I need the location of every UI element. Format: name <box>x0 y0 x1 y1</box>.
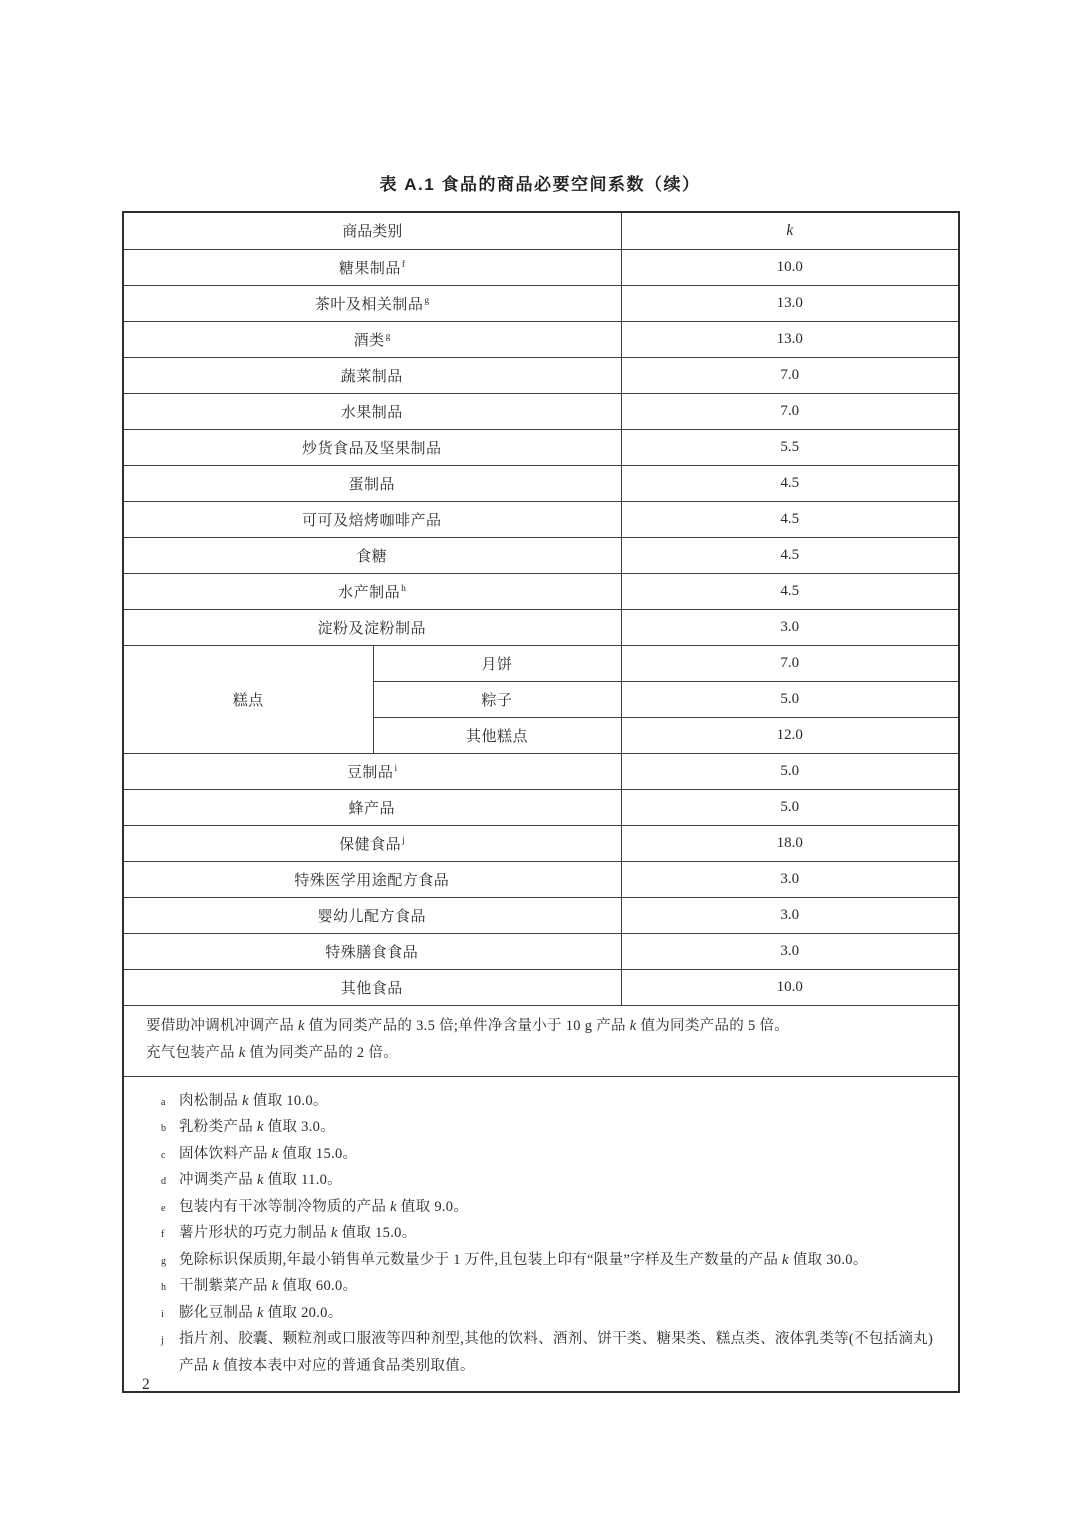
category-label: 茶叶及相关制品 <box>315 297 424 313</box>
k-value-cell: 3.0 <box>621 897 959 933</box>
footnote-marker: j <box>161 1328 171 1355</box>
k-value-cell: 13.0 <box>621 285 959 321</box>
category-cell: 食糖 <box>123 537 621 573</box>
category-cell: 炒货食品及坚果制品 <box>123 429 621 465</box>
footnote-ref: h <box>401 584 406 594</box>
footnote-b: b乳粉类产品 k 值取 3.0。 <box>161 1114 940 1141</box>
subcategory-cell: 其他糕点 <box>373 717 621 753</box>
k-value-cell: 7.0 <box>621 393 959 429</box>
footnote-text: 肉松制品 k 值取 10.0。 <box>179 1088 940 1115</box>
footnote-text: 免除标识保质期,年最小销售单元数量少于 1 万件,且包装上印有“限量”字样及生产… <box>179 1247 940 1274</box>
k-variable: k <box>213 1358 220 1374</box>
k-variable: k <box>390 1199 397 1215</box>
category-label: 婴幼儿配方食品 <box>318 909 427 925</box>
k-value-cell: 4.5 <box>621 501 959 537</box>
footnote-marker: c <box>161 1143 171 1170</box>
k-variable: k <box>239 1045 246 1061</box>
table-row: 食糖 4.5 <box>123 537 959 573</box>
category-label: 炒货食品及坚果制品 <box>302 441 442 457</box>
footnote-text: 膨化豆制品 k 值取 20.0。 <box>179 1300 940 1327</box>
k-value-cell: 13.0 <box>621 321 959 357</box>
category-cell: 蜂产品 <box>123 789 621 825</box>
category-label: 酒类 <box>354 333 385 349</box>
category-label: 水果制品 <box>341 405 403 421</box>
subcategory-cell: 月饼 <box>373 645 621 681</box>
k-value-cell: 4.5 <box>621 465 959 501</box>
column-header-category: 商品类别 <box>123 212 621 249</box>
document-page: 表 A.1 食品的商品必要空间系数（续） 商品类别 k 糖果制品f 10.0 茶… <box>0 0 1080 1527</box>
category-cell: 糖果制品f <box>123 249 621 285</box>
category-label: 其他食品 <box>341 981 403 997</box>
category-cell: 可可及焙烤咖啡产品 <box>123 501 621 537</box>
footnote-c: c固体饮料产品 k 值取 15.0。 <box>161 1141 940 1168</box>
category-cell: 保健食品j <box>123 825 621 861</box>
footnote-ref: f <box>402 260 406 270</box>
category-cell: 水果制品 <box>123 393 621 429</box>
group-category-cell: 糕点 <box>123 645 373 753</box>
k-value-cell: 4.5 <box>621 537 959 573</box>
k-value-cell: 12.0 <box>621 717 959 753</box>
table-row: 蔬菜制品 7.0 <box>123 357 959 393</box>
table-row: 蛋制品 4.5 <box>123 465 959 501</box>
category-label: 蛋制品 <box>349 477 396 493</box>
k-variable: k <box>298 1018 305 1034</box>
table-row: 可可及焙烤咖啡产品 4.5 <box>123 501 959 537</box>
table-footnotes-cell: a肉松制品 k 值取 10.0。 b乳粉类产品 k 值取 3.0。 c固体饮料产… <box>123 1076 959 1392</box>
footnote-marker: e <box>161 1196 171 1223</box>
k-value-cell: 7.0 <box>621 357 959 393</box>
footnote-marker: h <box>161 1275 171 1302</box>
category-label: 特殊膳食食品 <box>325 945 418 961</box>
k-variable: k <box>272 1146 279 1162</box>
footnote-marker: a <box>161 1090 171 1117</box>
table-row: 婴幼儿配方食品 3.0 <box>123 897 959 933</box>
footnote-ref: g <box>424 296 429 306</box>
table-header-row: 商品类别 k <box>123 212 959 249</box>
k-value-cell: 3.0 <box>621 933 959 969</box>
footnote-text: 干制紫菜产品 k 值取 60.0。 <box>179 1273 940 1300</box>
table-row: 保健食品j 18.0 <box>123 825 959 861</box>
note-line: 要借助冲调机冲调产品 k 值为同类产品的 3.5 倍;单件净含量小于 10 g … <box>146 1013 938 1040</box>
category-cell: 蛋制品 <box>123 465 621 501</box>
footnote-marker: b <box>161 1116 171 1143</box>
footnote-ref: g <box>386 332 391 342</box>
footnote-ref: j <box>402 836 405 846</box>
category-cell: 其他食品 <box>123 969 621 1005</box>
k-value-cell: 3.0 <box>621 609 959 645</box>
table-row: 其他食品 10.0 <box>123 969 959 1005</box>
table-note-cell: 要借助冲调机冲调产品 k 值为同类产品的 3.5 倍;单件净含量小于 10 g … <box>123 1005 959 1076</box>
category-label: 蔬菜制品 <box>341 369 403 385</box>
table-row: 水产制品h 4.5 <box>123 573 959 609</box>
table-row: 豆制品i 5.0 <box>123 753 959 789</box>
category-label: 蜂产品 <box>349 801 396 817</box>
table-note-row: 要借助冲调机冲调产品 k 值为同类产品的 3.5 倍;单件净含量小于 10 g … <box>123 1005 959 1076</box>
category-cell: 蔬菜制品 <box>123 357 621 393</box>
k-variable: k <box>257 1119 264 1135</box>
category-label: 食糖 <box>356 549 387 565</box>
space-coefficient-table: 商品类别 k 糖果制品f 10.0 茶叶及相关制品g 13.0 酒类g 13.0… <box>122 211 960 1393</box>
k-variable: k <box>242 1093 249 1109</box>
k-value-cell: 4.5 <box>621 573 959 609</box>
footnote-e: e包装内有干冰等制冷物质的产品 k 值取 9.0。 <box>161 1194 940 1221</box>
k-value-cell: 3.0 <box>621 861 959 897</box>
page-number: 2 <box>142 1376 150 1394</box>
k-variable: k <box>257 1305 264 1321</box>
subcategory-cell: 粽子 <box>373 681 621 717</box>
k-value-cell: 10.0 <box>621 969 959 1005</box>
k-value-cell: 5.0 <box>621 789 959 825</box>
footnote-d: d冲调类产品 k 值取 11.0。 <box>161 1167 940 1194</box>
k-value-cell: 7.0 <box>621 645 959 681</box>
footnote-j: j指片剂、胶囊、颗粒剂或口服液等四种剂型,其他的饮料、酒剂、饼干类、糖果类、糕点… <box>161 1326 940 1379</box>
footnote-i: i膨化豆制品 k 值取 20.0。 <box>161 1300 940 1327</box>
category-label: 豆制品 <box>347 765 394 781</box>
table-row: 水果制品 7.0 <box>123 393 959 429</box>
category-cell: 淀粉及淀粉制品 <box>123 609 621 645</box>
category-label: 淀粉及淀粉制品 <box>318 621 427 637</box>
footnote-f: f薯片形状的巧克力制品 k 值取 15.0。 <box>161 1220 940 1247</box>
table-row-group-pastry: 糕点 月饼 7.0 <box>123 645 959 681</box>
category-cell: 水产制品h <box>123 573 621 609</box>
table-row: 茶叶及相关制品g 13.0 <box>123 285 959 321</box>
footnote-text: 指片剂、胶囊、颗粒剂或口服液等四种剂型,其他的饮料、酒剂、饼干类、糖果类、糕点类… <box>179 1326 940 1379</box>
category-cell: 特殊膳食食品 <box>123 933 621 969</box>
footnote-marker: f <box>161 1222 171 1249</box>
footnote-text: 薯片形状的巧克力制品 k 值取 15.0。 <box>179 1220 940 1247</box>
category-label: 保健食品 <box>339 837 401 853</box>
footnote-marker: g <box>161 1249 171 1276</box>
table-row: 蜂产品 5.0 <box>123 789 959 825</box>
k-variable: k <box>257 1172 264 1188</box>
k-value-cell: 5.0 <box>621 681 959 717</box>
category-cell: 特殊医学用途配方食品 <box>123 861 621 897</box>
k-value-cell: 5.0 <box>621 753 959 789</box>
category-cell: 豆制品i <box>123 753 621 789</box>
footnote-marker: i <box>161 1302 171 1329</box>
column-header-k: k <box>621 212 959 249</box>
k-variable: k <box>272 1278 279 1294</box>
table-row: 淀粉及淀粉制品 3.0 <box>123 609 959 645</box>
table-row: 酒类g 13.0 <box>123 321 959 357</box>
table-row: 炒货食品及坚果制品 5.5 <box>123 429 959 465</box>
table-row: 糖果制品f 10.0 <box>123 249 959 285</box>
footnote-text: 乳粉类产品 k 值取 3.0。 <box>179 1114 940 1141</box>
footnote-marker: d <box>161 1169 171 1196</box>
k-variable: k <box>331 1225 338 1241</box>
category-cell: 茶叶及相关制品g <box>123 285 621 321</box>
k-variable: k <box>782 1252 789 1268</box>
k-value-cell: 10.0 <box>621 249 959 285</box>
table-row: 特殊膳食食品 3.0 <box>123 933 959 969</box>
table-title: 表 A.1 食品的商品必要空间系数（续） <box>0 170 1080 195</box>
footnote-a: a肉松制品 k 值取 10.0。 <box>161 1088 940 1115</box>
category-cell: 酒类g <box>123 321 621 357</box>
footnote-text: 冲调类产品 k 值取 11.0。 <box>179 1167 940 1194</box>
footnote-ref: i <box>394 764 397 774</box>
footnote-text: 固体饮料产品 k 值取 15.0。 <box>179 1141 940 1168</box>
category-label: 特殊医学用途配方食品 <box>294 873 449 889</box>
category-cell: 婴幼儿配方食品 <box>123 897 621 933</box>
footnote-text: 包装内有干冰等制冷物质的产品 k 值取 9.0。 <box>179 1194 940 1221</box>
category-label: 糖果制品 <box>339 261 401 277</box>
table-footnotes-row: a肉松制品 k 值取 10.0。 b乳粉类产品 k 值取 3.0。 c固体饮料产… <box>123 1076 959 1392</box>
table-row: 特殊医学用途配方食品 3.0 <box>123 861 959 897</box>
category-label: 可可及焙烤咖啡产品 <box>302 513 442 529</box>
category-label: 水产制品 <box>338 585 400 601</box>
footnote-h: h干制紫菜产品 k 值取 60.0。 <box>161 1273 940 1300</box>
k-value-cell: 18.0 <box>621 825 959 861</box>
k-variable: k <box>630 1018 637 1034</box>
footnote-g: g免除标识保质期,年最小销售单元数量少于 1 万件,且包装上印有“限量”字样及生… <box>161 1247 940 1274</box>
k-value-cell: 5.5 <box>621 429 959 465</box>
note-line: 充气包装产品 k 值为同类产品的 2 倍。 <box>146 1040 938 1067</box>
